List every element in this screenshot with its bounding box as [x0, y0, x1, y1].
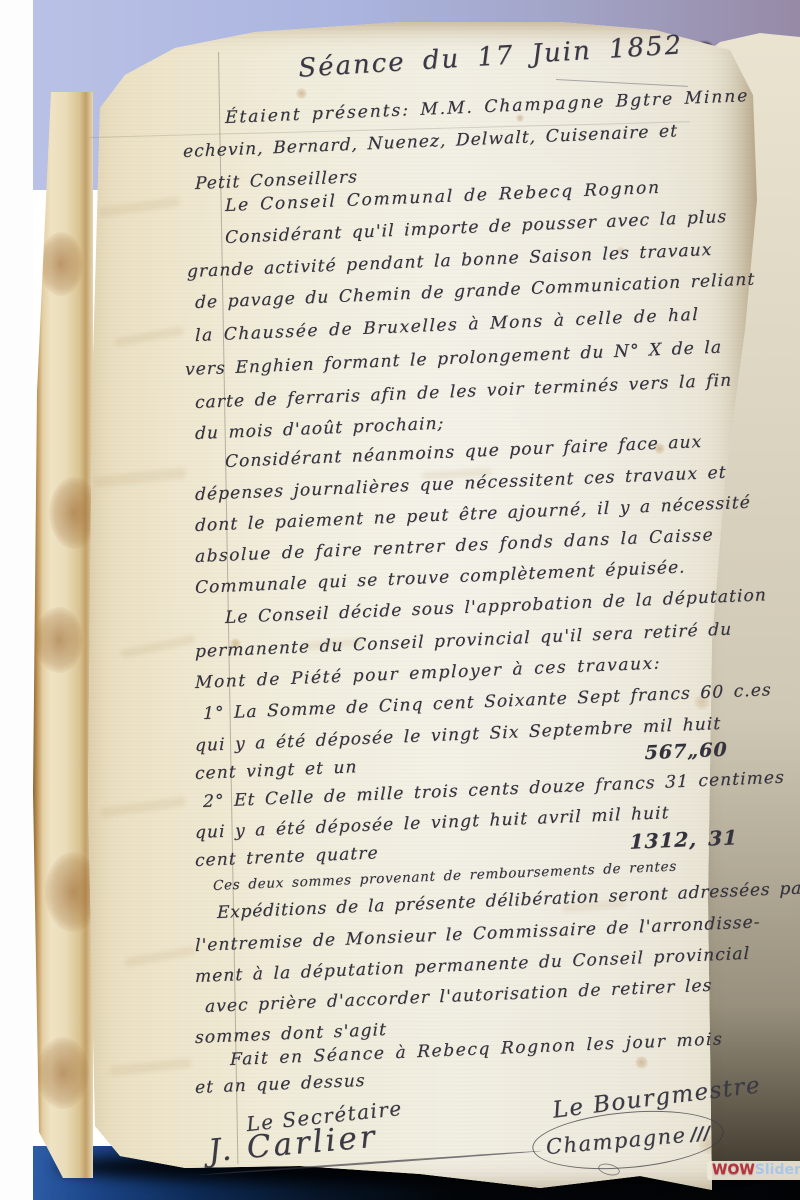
manuscript-line: cent vingt et un 567„60 [195, 757, 358, 784]
wowslider-watermark: WOWSlider [707, 1161, 800, 1180]
manuscript-line: du mois d'août prochain; [195, 414, 445, 445]
manuscript-text-block: Étaient présents: M.M. Champagne Bgtre M… [195, 0, 710, 1200]
watermark-wow-text: WOW [712, 1162, 755, 1178]
photo-frame: Séance du 17 Juin 1852 Étaient présents:… [0, 0, 800, 1200]
mayor-signature: Champagne [545, 1123, 687, 1159]
page-edge-stack [33, 92, 93, 1178]
edge-stain [35, 607, 83, 673]
manuscript-line: cent trente quatre 1312, 31 [195, 843, 379, 871]
amount-value: 1312, 31 [630, 825, 739, 854]
manuscript-line: et an que dessus [195, 1071, 366, 1099]
manuscript-line-text: cent vingt et un [195, 757, 358, 784]
manuscript-line: echevin, Bernard, Nuenez, Delwalt, Cuise… [183, 121, 678, 162]
signature-paraph: ∕∕∕ [689, 1122, 710, 1145]
amount-value: 567„60 [645, 739, 728, 765]
photo-border-strip [0, 0, 33, 1200]
manuscript-line-text: cent trente quatre [195, 843, 379, 871]
manuscript-line: la Chaussée de Bruxelles à Mons à celle … [195, 305, 700, 347]
watermark-slider-text: Slider [755, 1162, 800, 1178]
edge-stain [39, 232, 83, 296]
manuscript-line: carte de ferraris afin de les voir termi… [195, 370, 732, 413]
manuscript-line: Petit Conseillers [195, 167, 358, 194]
edge-stain [37, 1037, 89, 1109]
